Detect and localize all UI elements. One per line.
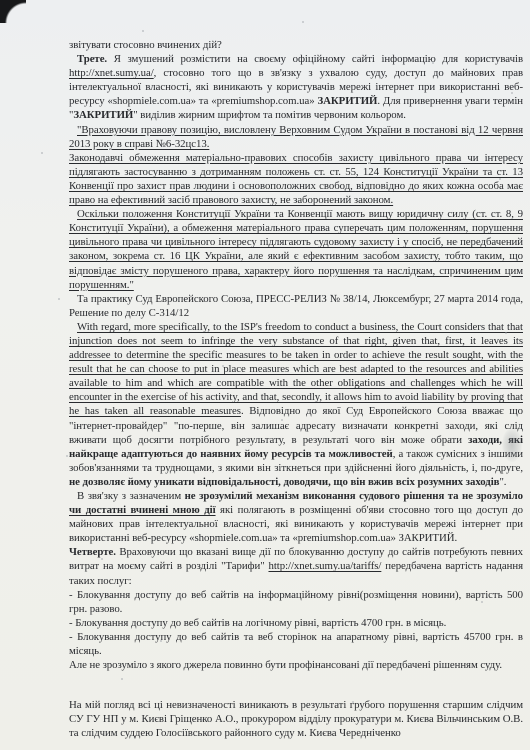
- paragraph-tariff-hardware-level: - Блокування доступу до веб сайтів та ве…: [69, 630, 523, 658]
- scan-speck-artifact: [511, 92, 513, 94]
- paragraph-conclusion: На мій погляд всі ці невизначеності вини…: [69, 698, 523, 740]
- scan-speck-artifact: [302, 21, 304, 23]
- paragraph-quote-constitution: Оскільки положення Конституції України т…: [69, 207, 523, 292]
- scan-speck-artifact: [470, 512, 472, 514]
- text-run: не зрозумілий механізм виконання судовог…: [185, 490, 523, 502]
- term-zakrytyi: ЗАКРИТИЙ: [73, 109, 133, 121]
- text-run: Та практику Суд Европейского Союза, ПРЕС…: [69, 293, 523, 319]
- scan-corner-artifact: [0, 0, 26, 23]
- term-trete: Трете.: [77, 53, 107, 65]
- scan-speck-artifact: [352, 701, 354, 703]
- scan-speck-artifact: [432, 62, 434, 64]
- text-run: "Враховуючи правову позицію, висловлену …: [69, 124, 523, 150]
- text-run: Але не зрозуміло з якого джерела повинно…: [69, 659, 502, 671]
- paragraph-eu-court-reference: Та практику Суд Европейского Союза, ПРЕС…: [69, 292, 523, 320]
- text-run: В звя'зку з зазначеним: [77, 490, 185, 502]
- paragraph-quote-legislative-limits: Законодавчі обмеження матеріально-правов…: [69, 151, 523, 207]
- scan-speck-artifact: [388, 118, 390, 120]
- scan-speck-artifact: [505, 332, 507, 334]
- paragraph-funding-unclear: Але не зрозуміло з якого джерела повинно…: [69, 658, 523, 672]
- url-xnet: http://xnet.sumy.ua/: [69, 67, 154, 79]
- text-run: - Блокування доступу до веб сайтів на ін…: [69, 589, 523, 615]
- text-run: На мій погляд всі ці невизначеності вини…: [69, 699, 523, 739]
- text-run: Законодавчі обмеження матеріально-правов…: [69, 152, 523, 206]
- scan-speck-artifact: [499, 178, 501, 180]
- paragraph-tariff-info-level: - Блокування доступу до веб сайтів на ін…: [69, 588, 523, 616]
- scan-speck-artifact: [222, 365, 224, 367]
- scan-speck-artifact: [142, 30, 144, 32]
- paragraph-unclear-mechanism: В звя'зку з зазначеним не зрозумілий мех…: [69, 489, 523, 545]
- text-run: With regard, more specifically, to the I…: [69, 321, 523, 418]
- term-zakrytyi: ЗАКРИТИЙ: [317, 95, 377, 107]
- scan-smudge-artifact: [502, 428, 522, 462]
- text-run: ".: [499, 476, 506, 488]
- text-run: Я змушений розмістити на своєму офіційно…: [107, 53, 523, 65]
- scan-speck-artifact: [58, 298, 60, 300]
- paragraph-chetverte: Четверте. Враховуючи що вказані вище дії…: [69, 545, 523, 587]
- scan-speck-artifact: [281, 419, 283, 421]
- text-run: - Блокування доступу до веб сайтів на ло…: [69, 617, 446, 629]
- text-run: - Блокування доступу до веб сайтів та ве…: [69, 631, 523, 657]
- paragraph-quote-supreme-court: "Враховуючи правову позицію, висловлену …: [69, 123, 523, 151]
- scan-speck-artifact: [41, 152, 43, 154]
- scan-speck-artifact: [201, 719, 203, 721]
- scan-speck-artifact: [121, 678, 123, 680]
- scan-speck-artifact: [481, 601, 483, 603]
- text-run: звітувати стосовно вчинених дій?: [69, 39, 222, 51]
- text-run: " виділив жирним шрифтом та помітив черв…: [133, 109, 406, 121]
- scan-speck-artifact: [456, 241, 458, 243]
- text-run: не дозволяє йому уникати відповідальност…: [69, 476, 499, 488]
- term-chetverte: Четверте.: [69, 546, 116, 558]
- paragraph-carryover-question: звітувати стосовно вчинених дій?: [69, 38, 523, 52]
- scan-speck-artifact: [160, 640, 162, 642]
- document-text: звітувати стосовно вчинених дій?Трете. Я…: [69, 38, 523, 741]
- url-tariffs: http://xnet.sumy.ua/tariffs/: [268, 560, 381, 572]
- scanned-page: звітувати стосовно вчинених дій?Трете. Я…: [0, 0, 530, 750]
- text-run: Оскільки положення Конституції України т…: [69, 208, 523, 290]
- scan-speck-artifact: [101, 558, 103, 560]
- paragraph-eu-court-quote: With regard, more specifically, to the I…: [69, 320, 523, 489]
- paragraph-trete: Трете. Я змушений розмістити на своєму о…: [69, 52, 523, 122]
- paragraph-tariff-logic-level: - Блокування доступу до веб сайтів на ло…: [69, 616, 523, 630]
- scan-speck-artifact: [66, 455, 68, 457]
- text-run: чи достатні вчинені мною дії: [69, 504, 216, 516]
